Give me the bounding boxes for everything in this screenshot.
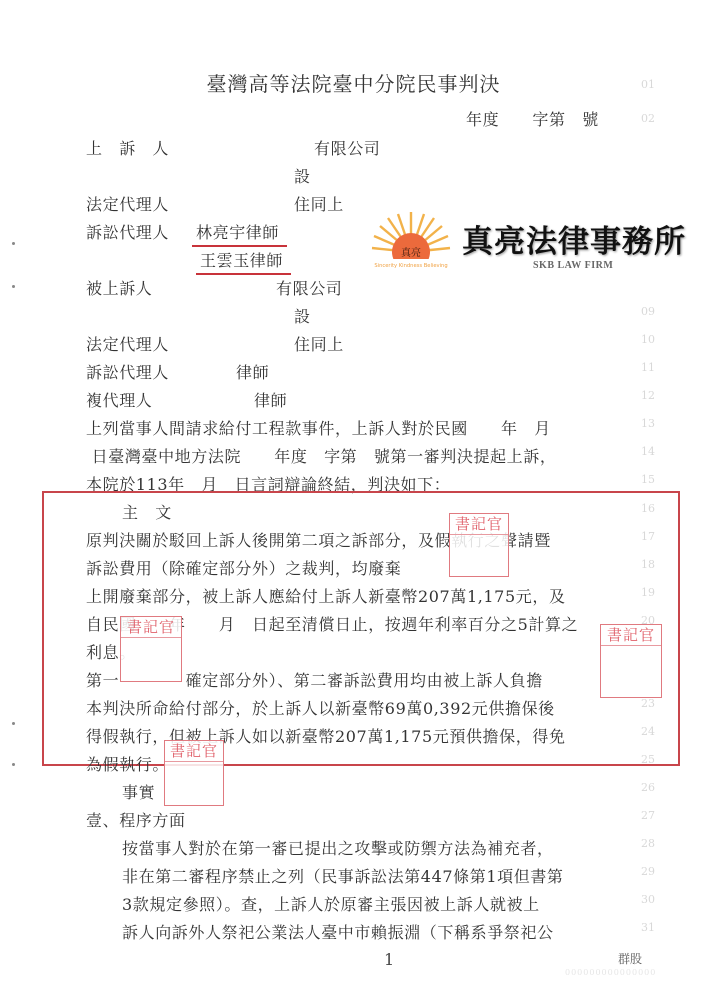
- appellant-address: 設: [294, 164, 311, 187]
- intro-line-2: 日臺灣臺中地方法院 年度 字第 號第一審判決提起上訴，: [86, 444, 557, 467]
- facts-line: 3款規定參照）。查，上訴人於原審主張因被上訴人就被上: [122, 892, 540, 915]
- clerk-stamp: 書記官: [120, 616, 182, 682]
- scan-mark: [12, 242, 15, 245]
- firm-english-name: SKB LAW FIRM: [533, 260, 613, 271]
- sun-emblem-icon: 真亮 Sincerity Kindness Believing: [368, 212, 454, 274]
- division-tag: 群股: [618, 950, 642, 967]
- scan-mark: [12, 285, 15, 288]
- main-text-line: 訴訟費用（除確定部分外）之裁判，均廢棄: [86, 556, 401, 579]
- judgment-page: 臺灣高等法院臺中分院民事判決 年度 字第 號 01 02 09 10 11 12…: [0, 0, 707, 1000]
- line-number: 27: [636, 809, 660, 822]
- clerk-stamp: 書記官: [600, 624, 662, 698]
- appellee-counsel-label: 訴訟代理人: [86, 360, 169, 383]
- appellee-name: 有限公司: [276, 276, 342, 299]
- scan-mark: [12, 763, 15, 766]
- law-firm-logo: 真亮 Sincerity Kindness Believing 真亮法律事務所 …: [368, 212, 698, 280]
- appellant-counsel-2: 王雲玉律師: [196, 248, 291, 275]
- appellee-rep-value: 住同上: [294, 332, 344, 355]
- appellee-sub-label: 複代理人: [86, 388, 152, 411]
- line-number: 28: [636, 837, 660, 850]
- appellant-counsel-1: 林亮宇律師: [192, 220, 287, 247]
- line-number: 01: [636, 78, 660, 91]
- appellee-sub-value: 律師: [254, 388, 287, 411]
- intro-line-1: 上列當事人間請求給付工程款事件，上訴人對於民國 年 月: [86, 416, 551, 439]
- facts-line: 按當事人對於在第一審已提出之攻擊或防禦方法為補充者，: [122, 836, 554, 859]
- facts-line: 非在第二審程序禁止之列（民事訴訟法第447條第1項但書第: [122, 864, 564, 887]
- clerk-stamp: 書記官: [449, 513, 509, 577]
- appellee-rep-label: 法定代理人: [86, 332, 169, 355]
- line-number: 09: [636, 305, 660, 318]
- main-text-line: 得假執行，但被上訴人如以新臺幣207萬1,175元預供擔保，得免: [86, 724, 566, 747]
- appellant-counsel-label: 訴訟代理人: [86, 220, 169, 243]
- facts-section-heading: 壹、程序方面: [86, 808, 186, 831]
- line-number: 15: [636, 473, 660, 486]
- appellant-rep-value: 住同上: [294, 192, 344, 215]
- line-number: 10: [636, 333, 660, 346]
- clerk-stamp: 書記官: [164, 740, 224, 806]
- line-number: 26: [636, 781, 660, 794]
- appellee-counsel-value: 律師: [236, 360, 269, 383]
- firm-name: 真亮法律事務所: [462, 216, 686, 261]
- line-number: 29: [636, 865, 660, 878]
- facts-heading: 事實: [122, 780, 155, 803]
- appellee-label: 被上訴人: [86, 276, 152, 299]
- line-number: 14: [636, 445, 660, 458]
- line-number: 13: [636, 417, 660, 430]
- appellant-rep-label: 法定代理人: [86, 192, 169, 215]
- line-number: 12: [636, 389, 660, 402]
- appellee-address: 設: [294, 304, 311, 327]
- case-number: 年度 字第 號: [466, 107, 599, 130]
- line-number: 31: [636, 921, 660, 934]
- svg-text:真亮: 真亮: [401, 246, 421, 259]
- document-title: 臺灣高等法院臺中分院民事判決: [0, 68, 707, 97]
- appellant-name: 有限公司: [314, 136, 380, 159]
- line-number: 30: [636, 893, 660, 906]
- footer-code: 000000000000000: [565, 968, 656, 977]
- page-number: 1: [384, 950, 394, 969]
- main-text-line: 上開廢棄部分，被上訴人應給付上訴人新臺幣207萬1,175元，及: [86, 584, 566, 607]
- line-number: 11: [636, 361, 660, 374]
- line-number: 02: [636, 112, 660, 125]
- svg-text:Sincerity Kindness Believing: Sincerity Kindness Believing: [374, 263, 447, 269]
- main-text-line: 本判決所命給付部分，於上訴人以新臺幣69萬0,392元供擔保後: [86, 696, 555, 719]
- scan-mark: [12, 722, 15, 725]
- facts-line: 訴人向訴外人祭祀公業法人臺中市賴振淵（下稱系爭祭祀公: [122, 920, 554, 943]
- appellant-label: 上 訴 人: [86, 136, 169, 159]
- main-text-heading: 主 文: [122, 500, 172, 523]
- main-text-line: 為假執行。: [86, 752, 169, 775]
